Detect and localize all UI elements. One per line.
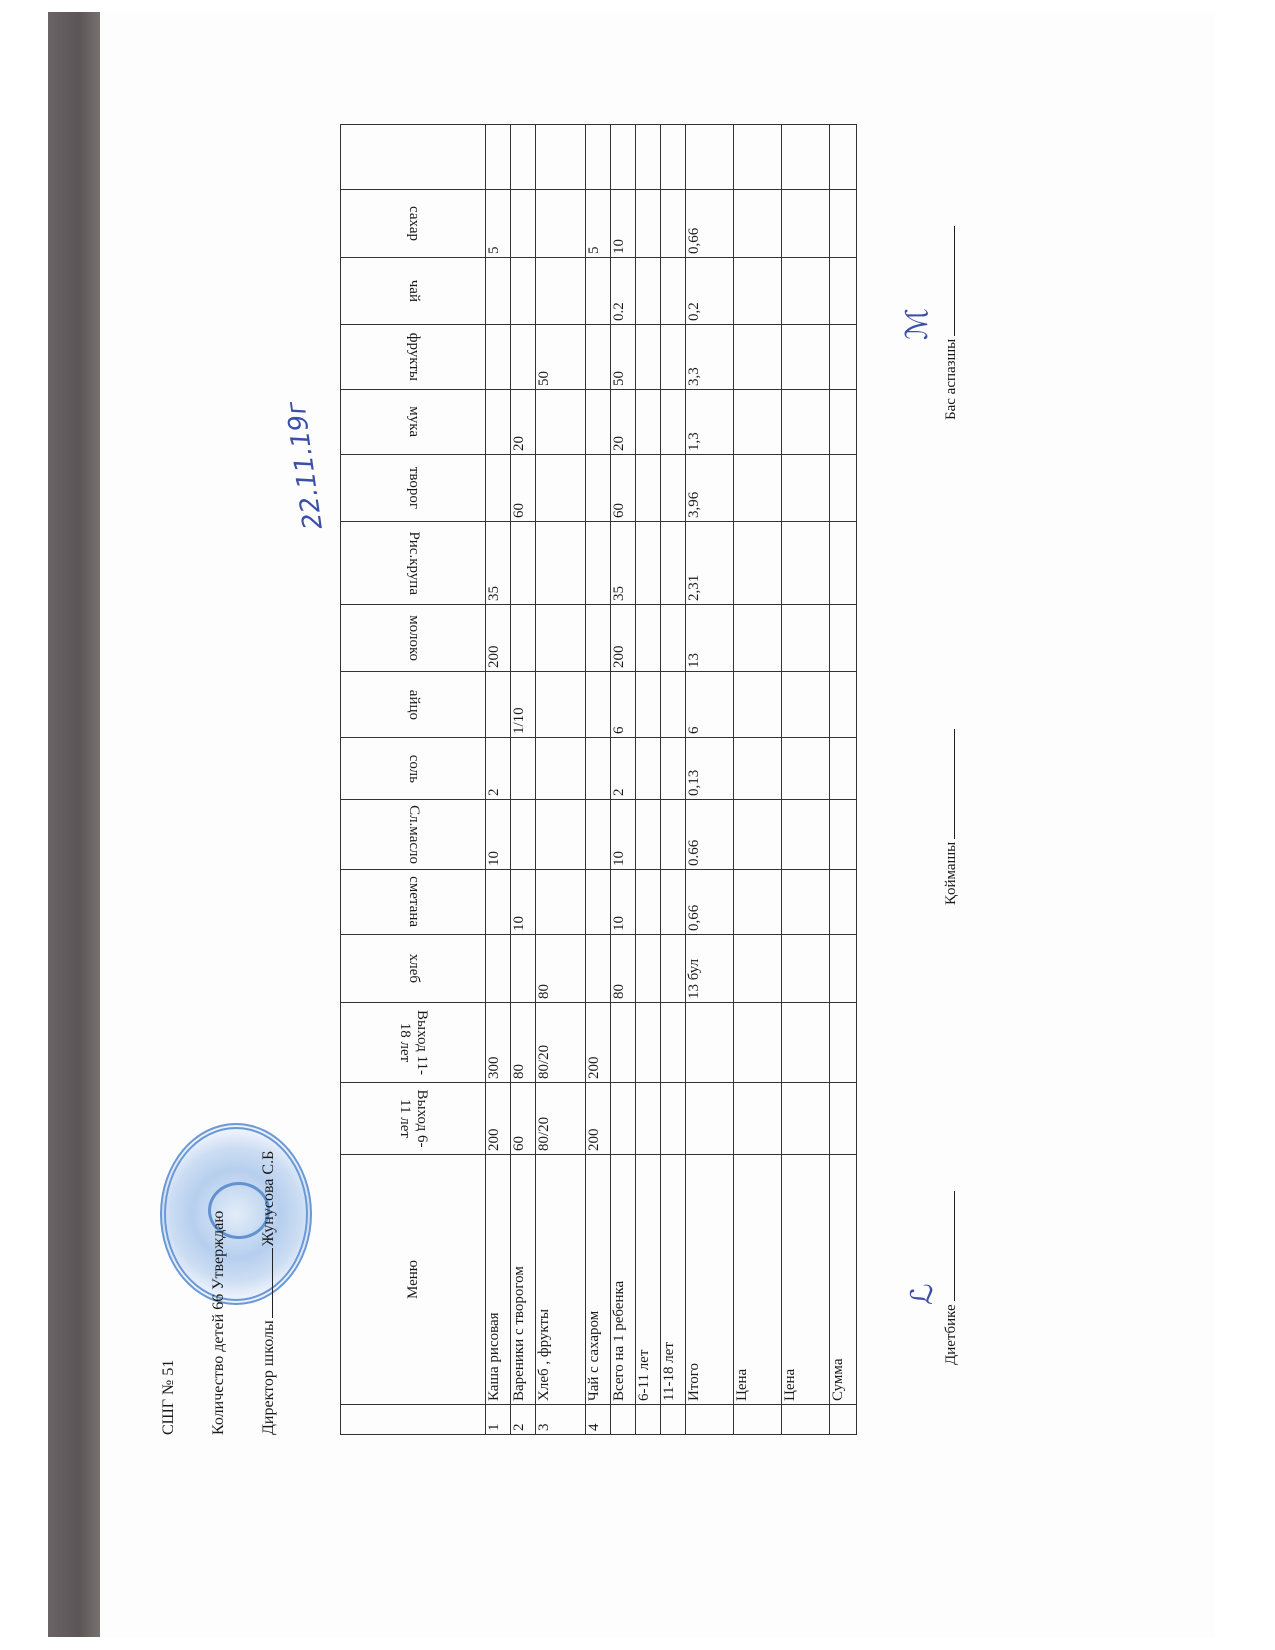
table-cell: 80 [536, 935, 586, 1003]
table-cell: 10 [611, 190, 636, 258]
table-cell [486, 935, 511, 1003]
table-cell [686, 125, 734, 190]
table-cell [830, 738, 857, 800]
table-cell [661, 390, 686, 455]
storekeeper-signature-line [940, 729, 955, 839]
table-cell [734, 1083, 782, 1155]
dietitian-label: Диетбике [943, 1304, 959, 1365]
table-cell [782, 522, 830, 605]
table-cell: 200 [611, 605, 636, 672]
column-header: молоко [341, 605, 486, 672]
table-cell [636, 738, 661, 800]
column-header: сметана [341, 870, 486, 935]
column-header [341, 125, 486, 190]
table-cell [636, 325, 661, 390]
table-cell: 80 [611, 935, 636, 1003]
dietitian-signature-line [940, 1191, 955, 1301]
table-cell: 3,3 [686, 325, 734, 390]
table-cell [586, 738, 611, 800]
director-signature-line [272, 1248, 273, 1318]
table-cell [782, 738, 830, 800]
table-cell: 0,2 [686, 258, 734, 325]
children-count-line: Количество детей 66 Утверждаю [210, 1211, 228, 1435]
table-cell [782, 1003, 830, 1083]
table-cell [636, 605, 661, 672]
column-header-label: айцо [405, 689, 422, 719]
table-cell: 200 [586, 1003, 611, 1083]
menu-table: МенюВыход 6-11 летВыход 11-18 летхлебсме… [340, 124, 857, 1435]
table-cell [830, 935, 857, 1003]
table-cell: 300 [486, 1003, 511, 1083]
table-row: 1Каша рисовая200300102200355 [486, 125, 511, 1435]
menu-item-name: Чай с сахаром [586, 1155, 611, 1405]
menu-item-name: Хлеб , фрукты [536, 1155, 586, 1405]
table-row: 11-18 лет [661, 125, 686, 1435]
menu-item-name: Каша рисовая [486, 1155, 511, 1405]
column-header-label: Выход 11-18 лет [396, 1006, 430, 1079]
table-cell: 20 [511, 390, 536, 455]
table-cell [661, 672, 686, 738]
table-cell [536, 672, 586, 738]
row-number: 4 [586, 1405, 611, 1435]
table-cell: 200 [486, 605, 511, 672]
table-cell [586, 522, 611, 605]
table-cell [782, 935, 830, 1003]
table-cell: 13 [686, 605, 734, 672]
table-cell [486, 325, 511, 390]
column-header-label: сметана [405, 877, 422, 928]
table-cell [586, 125, 611, 190]
director-label: Директор школы [260, 1320, 277, 1435]
table-cell [782, 672, 830, 738]
table-cell [586, 390, 611, 455]
table-cell [536, 455, 586, 522]
table-cell [686, 1083, 734, 1155]
column-header-label: мука [405, 407, 422, 438]
table-row: 2Вареники с творогом6080101/106020 [511, 125, 536, 1435]
table-cell [511, 935, 536, 1003]
column-header: чай [341, 258, 486, 325]
table-cell [782, 258, 830, 325]
table-cell [636, 190, 661, 258]
table-cell [611, 125, 636, 190]
row-number [830, 1405, 857, 1435]
storekeeper-label: Қоймашы [943, 842, 959, 905]
row-number [734, 1405, 782, 1435]
table-cell: 200 [586, 1083, 611, 1155]
table-row: Всего на 1 ребенка80101026200356020500.2… [611, 125, 636, 1435]
table-cell [536, 190, 586, 258]
head-cook-label: Бас аспазшы [943, 339, 959, 420]
table-cell [636, 522, 661, 605]
table-cell [734, 522, 782, 605]
column-header-label: Сл.масло [405, 805, 422, 864]
table-cell [782, 455, 830, 522]
column-header: мука [341, 390, 486, 455]
table-cell: 10 [486, 800, 511, 870]
table-cell: 5 [586, 190, 611, 258]
children-count-value: 66 [210, 1294, 227, 1310]
row-number: 3 [536, 1405, 586, 1435]
table-cell [734, 325, 782, 390]
dietitian-signature: Диетбике [940, 1191, 960, 1365]
table-cell [661, 605, 686, 672]
children-count-label: Количество детей [210, 1314, 227, 1435]
table-cell [661, 125, 686, 190]
table-cell [830, 455, 857, 522]
row-number [686, 1405, 734, 1435]
table-row: 6-11 лет [636, 125, 661, 1435]
table-cell [830, 325, 857, 390]
column-header: хлеб [341, 935, 486, 1003]
table-cell: 0,13 [686, 738, 734, 800]
table-cell: 60 [611, 455, 636, 522]
table-cell [734, 190, 782, 258]
table-cell: 80/20 [536, 1003, 586, 1083]
table-row: Сумма [830, 125, 857, 1435]
table-cell: 0.2 [611, 258, 636, 325]
table-header-row: МенюВыход 6-11 летВыход 11-18 летхлебсме… [341, 125, 486, 1435]
column-header-label: сахар [405, 206, 422, 241]
table-cell [486, 258, 511, 325]
table-cell [830, 190, 857, 258]
table-cell [661, 522, 686, 605]
table-cell [511, 190, 536, 258]
column-header: фрукты [341, 325, 486, 390]
menu-item-name: Цена [734, 1155, 782, 1405]
table-cell [511, 325, 536, 390]
table-cell [586, 325, 611, 390]
table-cell: 5 [486, 190, 511, 258]
table-row: 3Хлеб , фрукты80/2080/208050 [536, 125, 586, 1435]
table-cell: 80 [511, 1003, 536, 1083]
dietitian-handwritten-signature-icon: ℒ [905, 1283, 940, 1305]
column-header: соль [341, 738, 486, 800]
table-cell: 200 [486, 1083, 511, 1155]
table-row: 4Чай с сахаром2002005 [586, 125, 611, 1435]
column-header: Выход 11-18 лет [341, 1003, 486, 1083]
menu-item-name: Вареники с творогом [511, 1155, 536, 1405]
table-cell [636, 870, 661, 935]
table-cell: 2 [486, 738, 511, 800]
head-cook-signature-line [940, 226, 955, 336]
table-cell: 10 [511, 870, 536, 935]
table-cell [661, 258, 686, 325]
table-cell: 6 [611, 672, 636, 738]
column-header: Сл.масло [341, 800, 486, 870]
table-cell [734, 672, 782, 738]
table-cell [686, 1003, 734, 1083]
table-cell [586, 870, 611, 935]
table-cell [486, 455, 511, 522]
table-cell [734, 935, 782, 1003]
column-header-label: Меню [405, 1260, 421, 1299]
column-header: сахар [341, 190, 486, 258]
column-header-label: Рис.крупа [405, 531, 422, 595]
table-cell: 0,66 [686, 190, 734, 258]
table-cell [734, 870, 782, 935]
table-cell [536, 258, 586, 325]
column-header: Рис.крупа [341, 522, 486, 605]
table-cell [536, 870, 586, 935]
column-header [341, 1405, 486, 1435]
row-number: 1 [486, 1405, 511, 1435]
table-cell [734, 258, 782, 325]
row-number [636, 1405, 661, 1435]
rotated-document: СШГ № 51 Количество детей 66 Утверждаю Д… [0, 0, 1275, 1650]
table-cell [782, 605, 830, 672]
column-header-label: фрукты [405, 333, 422, 381]
table-cell [511, 738, 536, 800]
table-row: Цена [782, 125, 830, 1435]
table-cell: 10 [611, 800, 636, 870]
table-cell [734, 390, 782, 455]
table-cell [830, 800, 857, 870]
table-cell [830, 870, 857, 935]
head-cook-handwritten-signature-icon: ℳ [900, 308, 935, 340]
table-cell [586, 672, 611, 738]
table-cell [536, 605, 586, 672]
table-cell [782, 390, 830, 455]
school-title: СШГ № 51 [160, 1360, 178, 1435]
table-cell [734, 605, 782, 672]
table-cell [511, 258, 536, 325]
row-number: 2 [511, 1405, 536, 1435]
column-header-label: Выход 6-11 лет [396, 1086, 430, 1151]
table-cell [611, 1083, 636, 1155]
table-cell: 6 [686, 672, 734, 738]
table-cell: 50 [611, 325, 636, 390]
table-cell [830, 258, 857, 325]
table-cell [511, 522, 536, 605]
row-number [661, 1405, 686, 1435]
table-cell [661, 190, 686, 258]
table-cell: 10 [611, 870, 636, 935]
table-cell [782, 870, 830, 935]
table-cell [636, 1083, 661, 1155]
column-header-label: соль [405, 754, 422, 782]
table-cell [486, 125, 511, 190]
menu-item-name: 6-11 лет [636, 1155, 661, 1405]
column-header: айцо [341, 672, 486, 738]
table-cell [734, 800, 782, 870]
table-cell [636, 800, 661, 870]
column-header-label: хлеб [405, 954, 422, 983]
table-cell: 80/20 [536, 1083, 586, 1155]
table-cell [636, 672, 661, 738]
column-header: Меню [341, 1155, 486, 1405]
table-cell: 1/10 [511, 672, 536, 738]
storekeeper-signature: Қоймашы [940, 729, 960, 905]
table-cell [782, 125, 830, 190]
table-cell [661, 455, 686, 522]
row-number [611, 1405, 636, 1435]
column-header-label: чай [405, 280, 422, 302]
table-row: Итого13 бул0,660.660,136132,313,961,33,3… [686, 125, 734, 1435]
table-cell [586, 605, 611, 672]
table-cell [661, 870, 686, 935]
table-cell [636, 125, 661, 190]
table-cell [661, 800, 686, 870]
table-cell [536, 390, 586, 455]
table-cell: 20 [611, 390, 636, 455]
table-cell [536, 800, 586, 870]
table-cell [636, 258, 661, 325]
table-cell: 60 [511, 455, 536, 522]
table-cell [636, 1003, 661, 1083]
table-cell [486, 870, 511, 935]
table-cell [661, 325, 686, 390]
table-cell: 50 [536, 325, 586, 390]
column-header-label: творог [405, 467, 422, 509]
table-cell [636, 455, 661, 522]
table-cell [661, 935, 686, 1003]
head-cook-signature: Бас аспазшы [940, 226, 960, 420]
approve-label: Утверждаю [210, 1211, 227, 1290]
table-cell [782, 190, 830, 258]
table-cell [586, 258, 611, 325]
table-cell [636, 935, 661, 1003]
table-cell [830, 1083, 857, 1155]
table-cell [511, 800, 536, 870]
table-cell: 35 [486, 522, 511, 605]
table-cell: 2,31 [686, 522, 734, 605]
table-cell [734, 455, 782, 522]
menu-item-name: Сумма [830, 1155, 857, 1405]
menu-item-name: Всего на 1 ребенка [611, 1155, 636, 1405]
column-header: творог [341, 455, 486, 522]
table-cell [536, 738, 586, 800]
table-cell [782, 325, 830, 390]
menu-item-name: Цена [782, 1155, 830, 1405]
official-stamp [160, 1123, 312, 1305]
table-cell [611, 1003, 636, 1083]
column-header-label: молоко [405, 615, 422, 661]
table-cell [661, 1003, 686, 1083]
director-line: Директор школыЖунусова С.Б [260, 1151, 278, 1435]
table-cell [486, 390, 511, 455]
column-header: Выход 6-11 лет [341, 1083, 486, 1155]
table-cell [511, 605, 536, 672]
table-cell [830, 390, 857, 455]
table-cell [586, 800, 611, 870]
table-row: Цена [734, 125, 782, 1435]
table-cell [830, 522, 857, 605]
table-cell [661, 1083, 686, 1155]
handwritten-date: 22.11.19г [281, 399, 329, 531]
table-cell [830, 672, 857, 738]
table-cell: 0,66 [686, 870, 734, 935]
table-cell [511, 125, 536, 190]
table-cell [830, 1003, 857, 1083]
table-cell [661, 738, 686, 800]
menu-item-name: 11-18 лет [661, 1155, 686, 1405]
menu-item-name: Итого [686, 1155, 734, 1405]
table-cell [734, 1003, 782, 1083]
table-cell: 1,3 [686, 390, 734, 455]
table-cell [636, 390, 661, 455]
table-cell [536, 522, 586, 605]
table-cell [586, 455, 611, 522]
table-cell [830, 605, 857, 672]
table-cell: 3,96 [686, 455, 734, 522]
table-cell [586, 935, 611, 1003]
table-cell: 0.66 [686, 800, 734, 870]
table-cell [782, 1083, 830, 1155]
table-cell [830, 125, 857, 190]
table-cell [536, 125, 586, 190]
table-cell: 2 [611, 738, 636, 800]
table-cell: 35 [611, 522, 636, 605]
table-cell: 13 бул [686, 935, 734, 1003]
director-name: Жунусова С.Б [260, 1151, 277, 1247]
table-cell [486, 672, 511, 738]
table-cell [734, 125, 782, 190]
table-cell [734, 738, 782, 800]
table-cell: 60 [511, 1083, 536, 1155]
row-number [782, 1405, 830, 1435]
table-cell [782, 800, 830, 870]
